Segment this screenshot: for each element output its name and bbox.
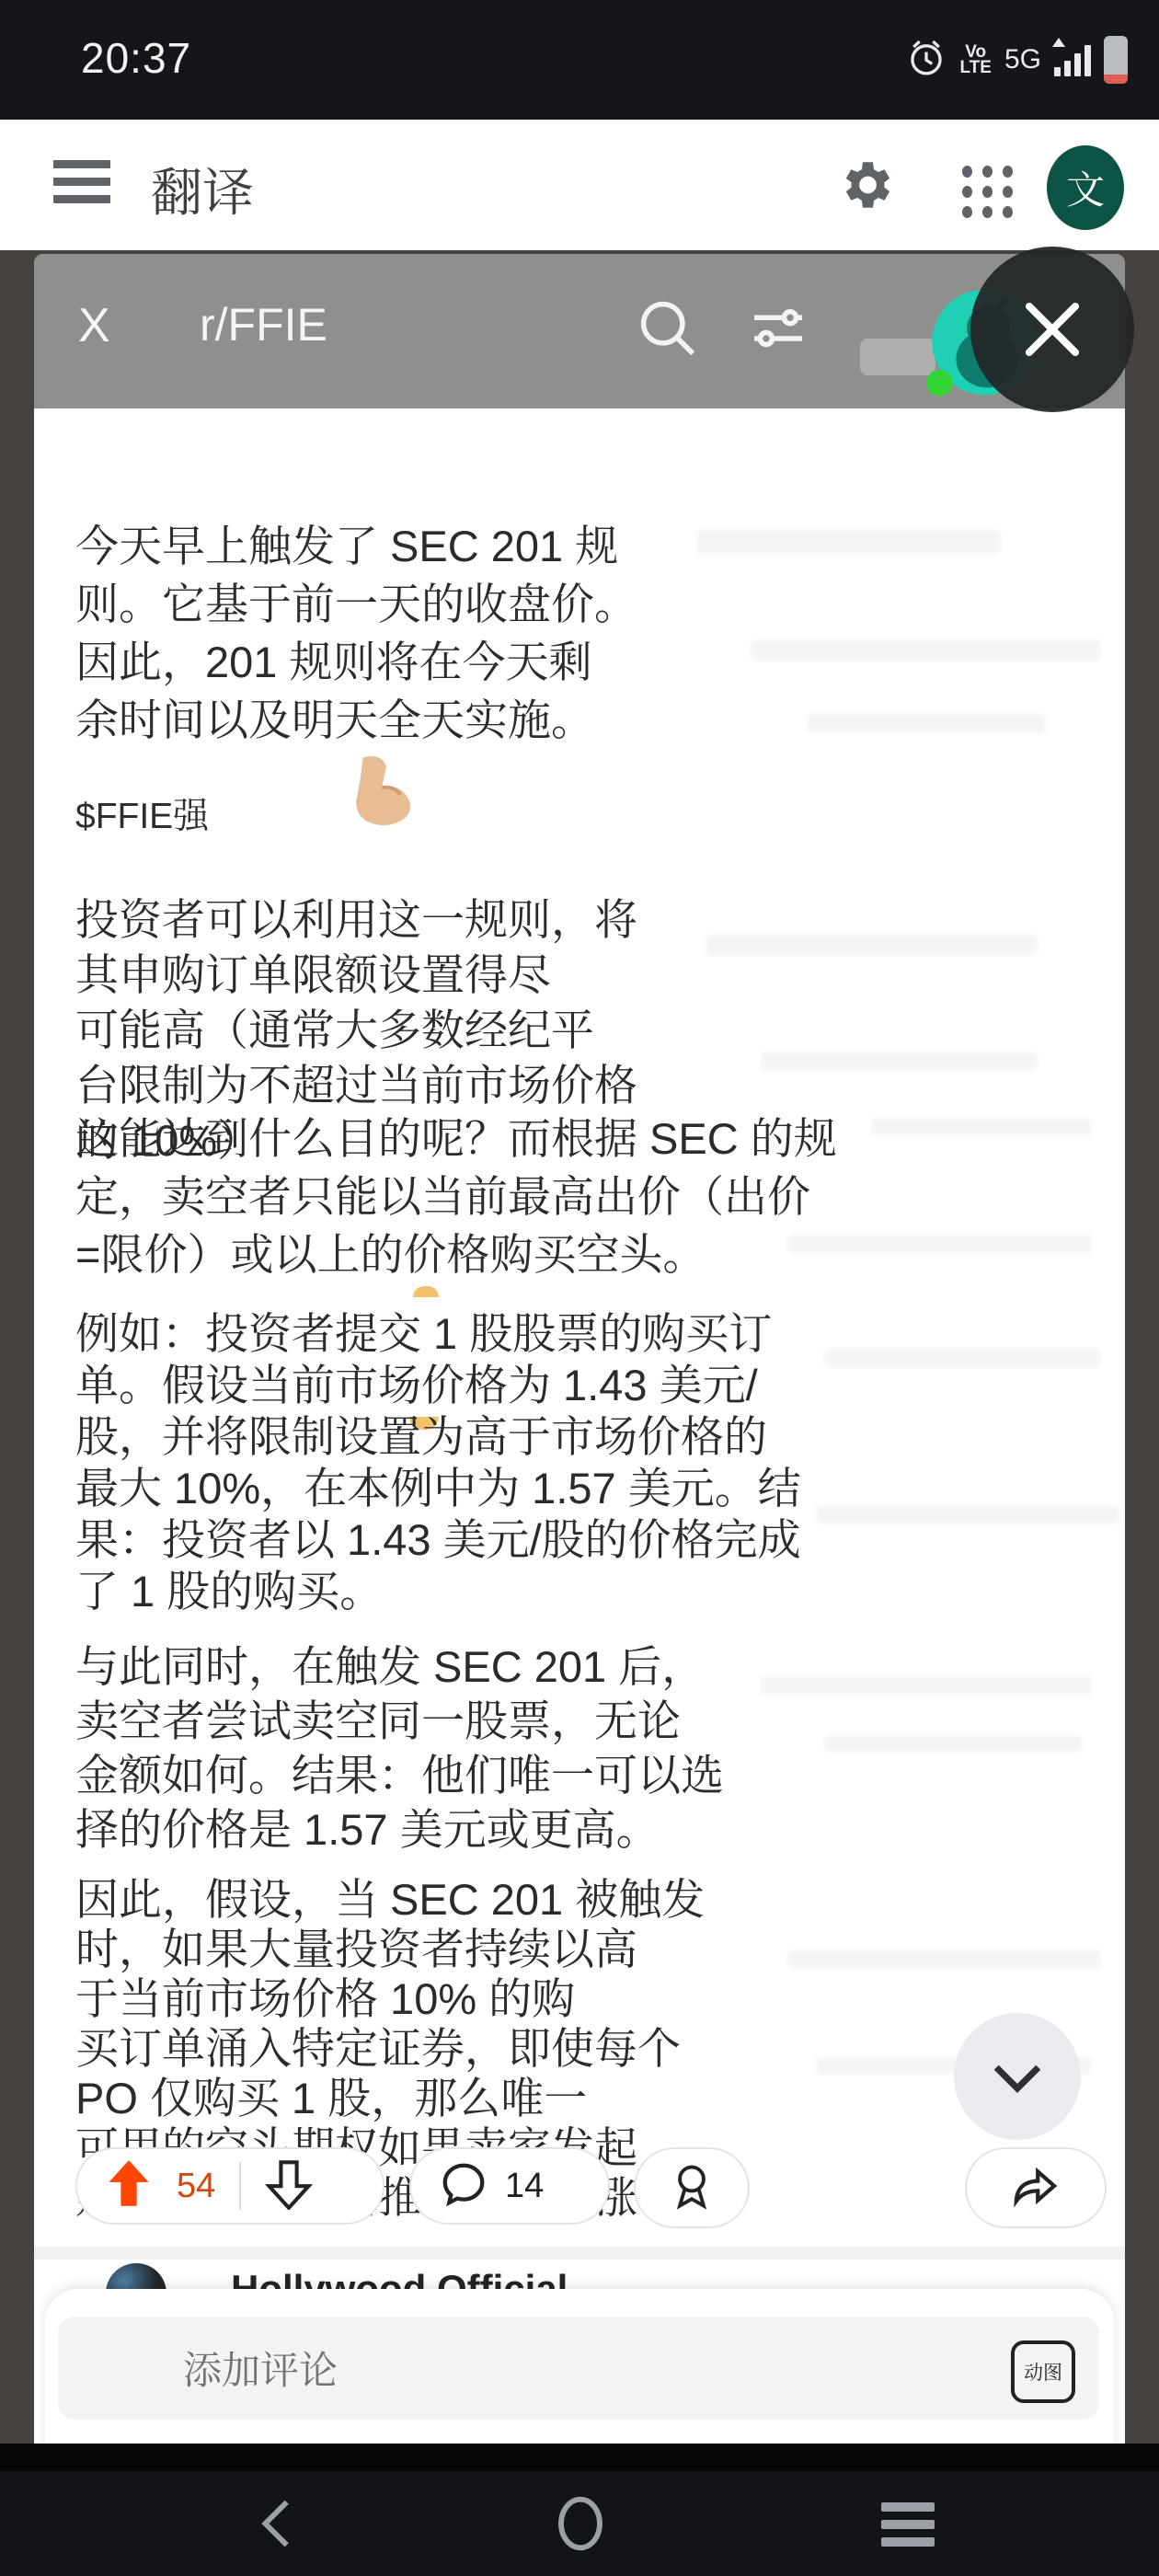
comments-button[interactable]: 14 xyxy=(409,2147,610,2225)
ghost-text xyxy=(825,1735,1083,1752)
reddit-post-header: X r/FFIE xyxy=(34,254,1125,408)
ghost-text xyxy=(788,1950,1101,1969)
comment-icon xyxy=(439,2159,488,2214)
ghost-text xyxy=(871,1119,1092,1135)
android-nav-bar xyxy=(0,2471,1159,2576)
upvote-count: 54 xyxy=(177,2167,215,2206)
ghost-text xyxy=(752,640,1101,661)
ghost-text xyxy=(761,1676,1092,1695)
ghost-text xyxy=(816,1505,1119,1524)
translate-app-header: 翻译 文 xyxy=(0,120,1159,250)
post-paragraph: 这能达到什么目的呢？而根据 SEC 的规 定，卖空者只能以当前最高出价（出价 =… xyxy=(75,1110,837,1283)
upvote-button[interactable] xyxy=(105,2158,153,2214)
gif-button[interactable]: 动图 xyxy=(1011,2340,1075,2403)
clock: 20:37 xyxy=(81,33,191,83)
ticker-line: $FFIE强 xyxy=(75,753,417,839)
flex-bicep-emoji xyxy=(347,753,417,839)
ghost-text xyxy=(696,530,1000,554)
hamburger-menu-icon[interactable] xyxy=(53,160,110,210)
emoji-remnant xyxy=(413,1286,439,1297)
search-icon[interactable] xyxy=(630,291,702,362)
ghost-text xyxy=(807,714,1046,732)
post-paragraph: 例如：投资者提交 1 股股票的购买订 单。假设当前市场价格为 1.43 美元/ … xyxy=(75,1308,801,1617)
post-paragraph: 与此同时，在触发 SEC 201 后， 卖空者尝试卖空同一股票，无论 金额如何。… xyxy=(75,1639,724,1857)
signal-icon xyxy=(1054,43,1091,76)
ticker-text: $FFIE强 xyxy=(75,788,209,839)
ghost-text xyxy=(706,935,1037,955)
overlay-close-button[interactable] xyxy=(970,247,1134,412)
ghost-text xyxy=(825,1349,1101,1367)
scroll-down-button[interactable] xyxy=(954,2013,1081,2140)
alarm-icon xyxy=(906,36,947,85)
award-button[interactable] xyxy=(634,2147,750,2228)
nav-recents-button[interactable] xyxy=(881,2502,935,2547)
comment-placeholder: 添加评论 xyxy=(183,2340,338,2396)
overlay-footer-shadow xyxy=(0,2444,1159,2471)
settings-gear-icon[interactable] xyxy=(835,155,896,215)
nav-back-button[interactable] xyxy=(247,2491,311,2556)
ghost-text xyxy=(761,1052,1037,1071)
phone-screen: 20:37 VoLTE 5G 翻译 文 xyxy=(0,0,1159,2576)
nav-home-button[interactable] xyxy=(548,2491,613,2556)
battery-icon xyxy=(1104,36,1128,84)
volte-icon: VoLTE xyxy=(959,44,991,75)
award-icon xyxy=(667,2160,717,2216)
status-bar: 20:37 VoLTE 5G xyxy=(0,0,1159,120)
apps-grid-icon[interactable] xyxy=(962,166,1017,221)
network-type: 5G xyxy=(1004,44,1041,75)
vote-pill: 54 xyxy=(75,2147,384,2225)
post-close-button[interactable]: X xyxy=(78,298,110,353)
subreddit-title: r/FFIE xyxy=(200,298,327,351)
app-title: 翻译 xyxy=(151,153,254,226)
sort-filter-icon[interactable] xyxy=(742,291,814,362)
comment-count: 14 xyxy=(505,2167,544,2206)
comment-input[interactable]: 添加评论 动图 xyxy=(58,2317,1099,2420)
reddit-screenshot: X r/FFIE xyxy=(34,254,1125,2467)
account-avatar[interactable]: 文 xyxy=(1047,145,1124,230)
comment-sheet: 添加评论 动图 xyxy=(45,2289,1114,2460)
section-divider xyxy=(34,2247,1125,2260)
translated-screenshot-overlay: X r/FFIE xyxy=(0,250,1159,2471)
share-icon xyxy=(1009,2161,1062,2215)
downvote-button[interactable] xyxy=(265,2158,313,2214)
post-paragraph: 今天早上触发了 SEC 201 规 则。它基于前一天的收盘价。 因此，201 规… xyxy=(75,517,637,749)
share-button[interactable] xyxy=(965,2147,1107,2228)
